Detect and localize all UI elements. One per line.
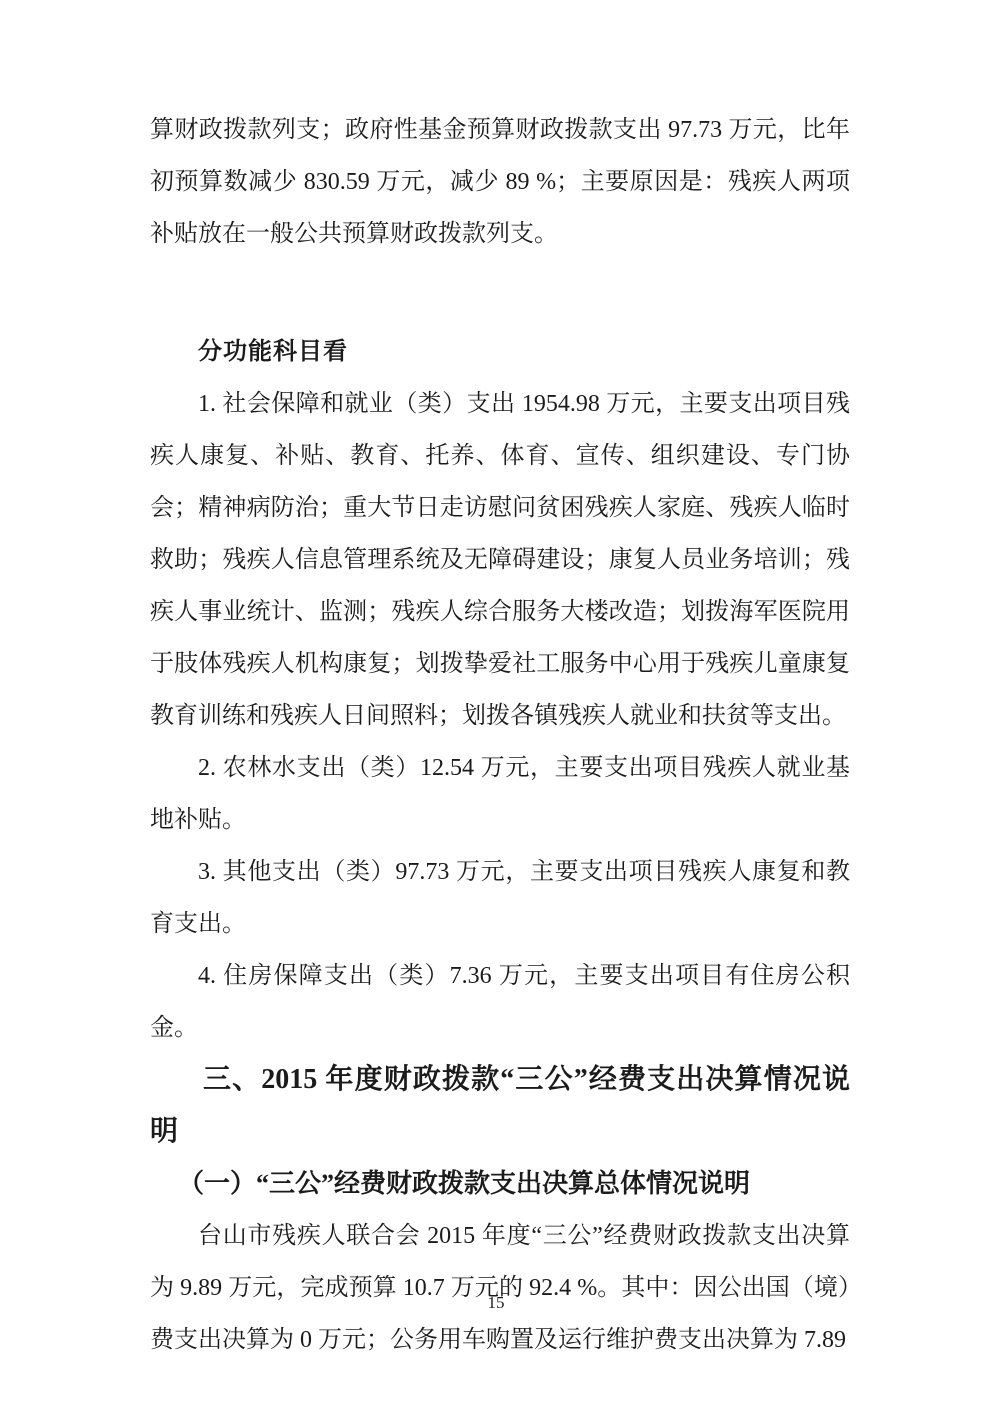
page-number: 15 [0, 1293, 992, 1313]
paragraph-item-3-other: 3. 其他支出（类）97.73 万元，主要支出项目残疾人康复和教育支出。 [150, 846, 850, 950]
document-page: 算财政拨款列支；政府性基金预算财政拨款支出 97.73 万元，比年初预算数减少 … [0, 0, 992, 1403]
blank-line [150, 260, 850, 326]
paragraph-item-4-housing: 4. 住房保障支出（类）7.36 万元，主要支出项目有住房公积金。 [150, 950, 850, 1054]
paragraph-three-public-funds-detail: 台山市残疾人联合会 2015 年度“三公”经费财政拨款支出决算为 9.89 万元… [150, 1210, 850, 1366]
paragraph-item-2-agriculture: 2. 农林水支出（类）12.54 万元，主要支出项目残疾人就业基地补贴。 [150, 742, 850, 846]
heading-section-3-three-public-funds: 三、2015 年度财政拨款“三公”经费支出决算情况说明 [150, 1054, 850, 1158]
subheading-by-function: 分功能科目看 [150, 326, 850, 378]
heading-section-3-1-overall: （一）“三公”经费财政拨款支出决算总体情况说明 [150, 1158, 850, 1210]
document-body: 算财政拨款列支；政府性基金预算财政拨款支出 97.73 万元，比年初预算数减少 … [150, 104, 850, 1366]
paragraph-fund-budget-continuation: 算财政拨款列支；政府性基金预算财政拨款支出 97.73 万元，比年初预算数减少 … [150, 104, 850, 260]
paragraph-item-1-social-security: 1. 社会保障和就业（类）支出 1954.98 万元，主要支出项目残疾人康复、补… [150, 378, 850, 742]
